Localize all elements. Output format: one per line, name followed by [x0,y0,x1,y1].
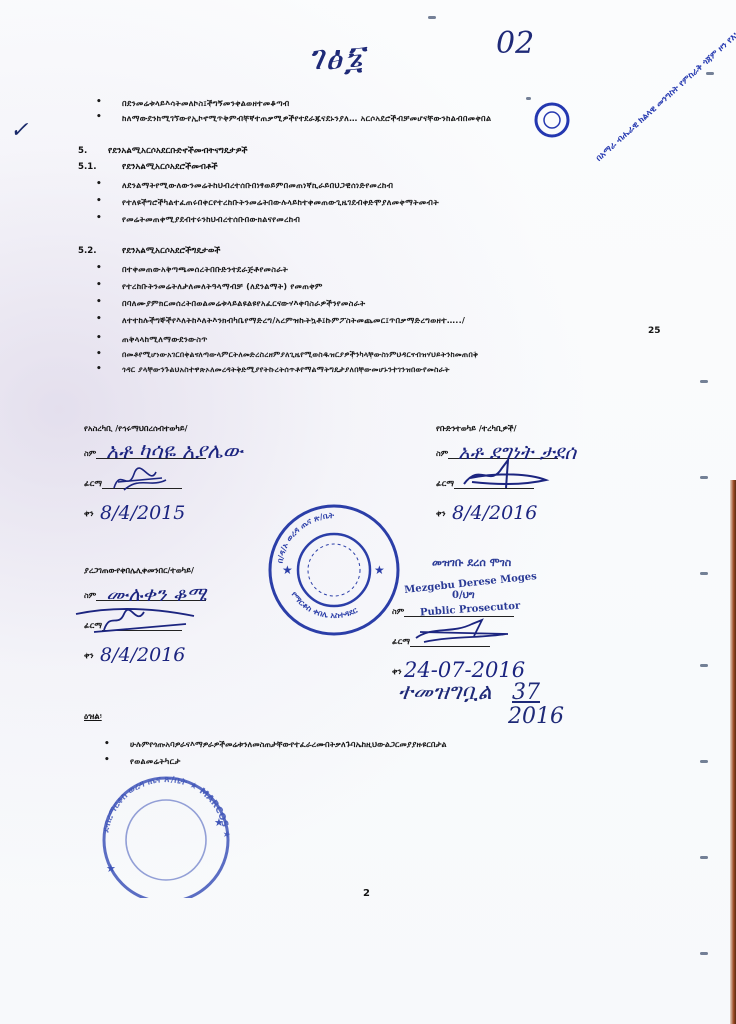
duties-bullet: ለተተከሉችግኞችየእለትከእለትእንክብካቤየማድረግ/አረምዝኩትኳቶ፤ኩም… [122,315,465,326]
diagonal-stamp-text: በአማራ ብሔራዊ ክልላዊ መንግስት የምስራቅ ጎጃም ዞን የእነማይ … [594,0,736,165]
notes-label: ዕዝል፡ [84,712,102,722]
rights-bullet: የመሬትመጠቀሚያደብተሩንከህብረተሰቡበውክልናየመረከብ [122,214,300,225]
scan-speck [700,476,708,479]
diagonal-justice-stamp: በአማራ ብሔራዊ ክልላዊ መንግስት የምስራቅ ጎጃም ዞን የእነማይ … [540,0,736,106]
name-label: ስም [436,449,448,458]
signature-scribble [460,458,550,492]
intro-bullet: በደንመሬቱላይእሳትመለኮስ፤ችግኝመንቀልወዘተመቆጣብ [122,98,290,109]
section-number: 5. [78,146,108,156]
svg-text:★: ★ [282,563,293,577]
signature-block-group-rep: የቡድንተወካይ /ተረካቢዎች/ ስም አቶ ደግነት ታደሰ ፊርማ ቀን … [436,424,558,524]
signature-row: ፊርማ [84,612,206,636]
scan-speck [700,572,708,575]
date-label: ቀን [84,509,94,518]
duties-bullet: በባለሙያምክርመሰረትበወልመሬቱላይልዩልዩየአፈርናውሃእቀባስራዎችንየ… [122,298,365,309]
margin-handwritten-note: ፍ.ሰ [0,6,2,28]
intro-bullet: ከለማውደንከሚገኘውየኢኮኖሚጥቅምብቸኛተጠቃሚዎችየተደራጁናደኑንያለ…… [122,113,491,124]
scanned-page: ፍ.ሰ ✓ ገፅ፮ 02 በደንመሬቱላይእሳትመለኮስ፤ችግኝመንቀልወዘተመ… [0,0,736,1024]
signature-label: ፊርማ [436,479,454,488]
rights-bullet: የተለዩችግሮችካልተፈጠሩበቀርየተረከቡትንመሬትበውሉላይከተቀመጠውጊዜ… [122,197,439,208]
scan-speck [700,380,708,383]
svg-text:በ/ዳ/ኦ ወረዳ ጤና ጽ/ቤት: በ/ዳ/ኦ ወረዳ ጤና ጽ/ቤት [275,511,334,564]
section-5-1-heading: 5.1.የደንአልሚአርሶአደሮችመብቶች [78,162,218,172]
handwritten-date: 8/4/2016 [100,644,185,666]
notes-bullet: ሁሉምየጎጡአባዎራናእማዎራዎችመሬቱንለመስጠታቸውየተፈራረሙበትቃለጉባ… [130,740,447,750]
signature-scribble [412,616,512,646]
date-row: ቀን 24-07-2016 [392,658,514,682]
section-5-2-heading: 5.2.የደንአልሚአርሶአደሮችግዴታወች [78,246,220,256]
handwritten-received-year: 2016 [508,704,564,729]
duties-continuation: በመቶየሚሆነውአገርበቀልናለጣውላምርትለመድረስረዘምያለጊዜየሚወስዱዝ… [122,350,478,360]
duties-bullet: የተረከቡትንመሬትለታለመለትዓላማብቻ (ለደንልማት) የመጠቀም [122,281,323,292]
svg-text:★: ★ [106,862,116,875]
signature-scribble [110,466,170,494]
signatory-role: የአስረካቢ /የኅሩማህበረሰብተወካይ/ [84,424,206,434]
section-title: የደንአልሚአርሶአደርቡድኖችመብትናግዴታዎች [108,146,248,156]
section-title: የደንአልሚአርሶአደሮችመብቶች [122,162,218,172]
signature-block-kebele-chair: ያረጋገጠውየቀበሌሊቀመንበር/ተወካይ/ ስም ሙሉቀን ቆሜ ፊርማ ቀን… [84,566,206,666]
signature-label: ፊርማ [392,637,410,646]
date-label: ቀን [436,509,446,518]
handwritten-received-number: 37 [512,680,540,705]
name-label: ስም [84,591,96,600]
duties-continuation: ጎዳር ያላቸውንጉልህአስተዋጽኦለመረዳትቅድሚያየትኩረትሰጥቶየማልማት… [122,365,450,375]
rights-bullet: ለደንልማትየሚውለውንመሬትከህብረተሰቡበነፃወይምበመጠነኛኪራይበህጋዊ… [122,180,393,191]
name-row: ስም አቶ ካሳዬ አያሌው [84,440,206,464]
signature-label: ፊርማ [84,479,102,488]
section-number: 5.2. [78,246,122,256]
small-round-stamp [532,100,572,140]
signature-row: ፊርማ [436,470,558,494]
date-row: ቀን 8/4/2016 [84,642,206,666]
signature-row: ፊርማ [84,470,206,494]
scan-speck [706,72,714,75]
notes-bullet: የወልመሬትካርታ [130,756,181,767]
signatory-role: የቡድንተወካይ /ተረካቢዎች/ [436,424,558,434]
margin-check-mark: ✓ [10,118,28,143]
scan-speck [526,97,531,100]
handwritten-date: 8/4/2016 [452,502,537,524]
signature-block-handover: የአስረካቢ /የኅሩማህበረሰብተወካይ/ ስም አቶ ካሳዬ አያሌው ፊር… [84,424,206,524]
handwritten-page-ref: 02 [496,26,534,61]
prosecutor-stamp-line1: መዝገቡ ደረሰ ሞገስ [432,556,511,570]
name-label: ስም [84,449,96,458]
signature-line [410,646,490,647]
handwritten-name: አቶ ካሳዬ አያሌው [106,439,306,464]
signature-row: ፊርማ [392,628,514,652]
scan-speck [700,856,708,859]
prosecutor-stamp-line3: 0/ህግ [452,590,475,601]
date-row: ቀን 8/4/2016 [436,500,558,524]
name-label: ስም [392,607,404,616]
scan-speck [428,16,436,19]
date-label: ቀን [392,667,402,676]
svg-text:ደብረማርቆስ ወረዳ ጤና ጽ/ቤት ★ MARCOS ★: ደብረማርቆስ ወረዳ ጤና ጽ/ቤት ★ MARCOS ★ [101,775,231,839]
scan-speck [700,760,708,763]
signature-scribble [74,602,204,636]
handwritten-date: 24-07-2016 [404,658,525,682]
percent-value: 25 [648,326,661,336]
duties-bullet: በተቀመጠውአቅጣጫመሰረትበቡድንተደራጅቶየመስራት [122,264,288,275]
section-5-heading: 5.የደንአልሚአርሶአደርቡድኖችመብትናግዴታዎች [78,146,248,156]
date-label: ቀን [84,651,94,660]
handwritten-received-note: ተመዝግቧል [398,680,492,705]
section-title: የደንአልሚአርሶአደሮችግዴታወች [122,246,220,256]
duties-bullet: ጠቅላላከሚለማውደንውስጥ [122,334,208,345]
scan-speck [700,664,708,667]
section-number: 5.1. [78,162,122,172]
signatory-role: ያረጋገጠውየቀበሌሊቀመንበር/ተወካይ/ [84,566,206,576]
date-row: ቀን 8/4/2015 [84,500,206,524]
scan-speck [700,952,708,955]
svg-text:★: ★ [374,563,385,577]
page-number: 2 [363,888,370,899]
page-edge-shadow [730,480,736,1024]
handwritten-date: 8/4/2015 [100,502,185,524]
kebele-stamp: ★ ★ በ/ዳ/ኦ ወረዳ ጤና ጽ/ቤት የማርቆስ ቀበሌ አስተዳደር [264,500,404,640]
office-stamp: ★ ★ ደብረማርቆስ ወረዳ ጤና ጽ/ቤት ★ MARCOS ★ [94,768,236,898]
handwritten-page-title: ገፅ፮ [308,38,366,78]
